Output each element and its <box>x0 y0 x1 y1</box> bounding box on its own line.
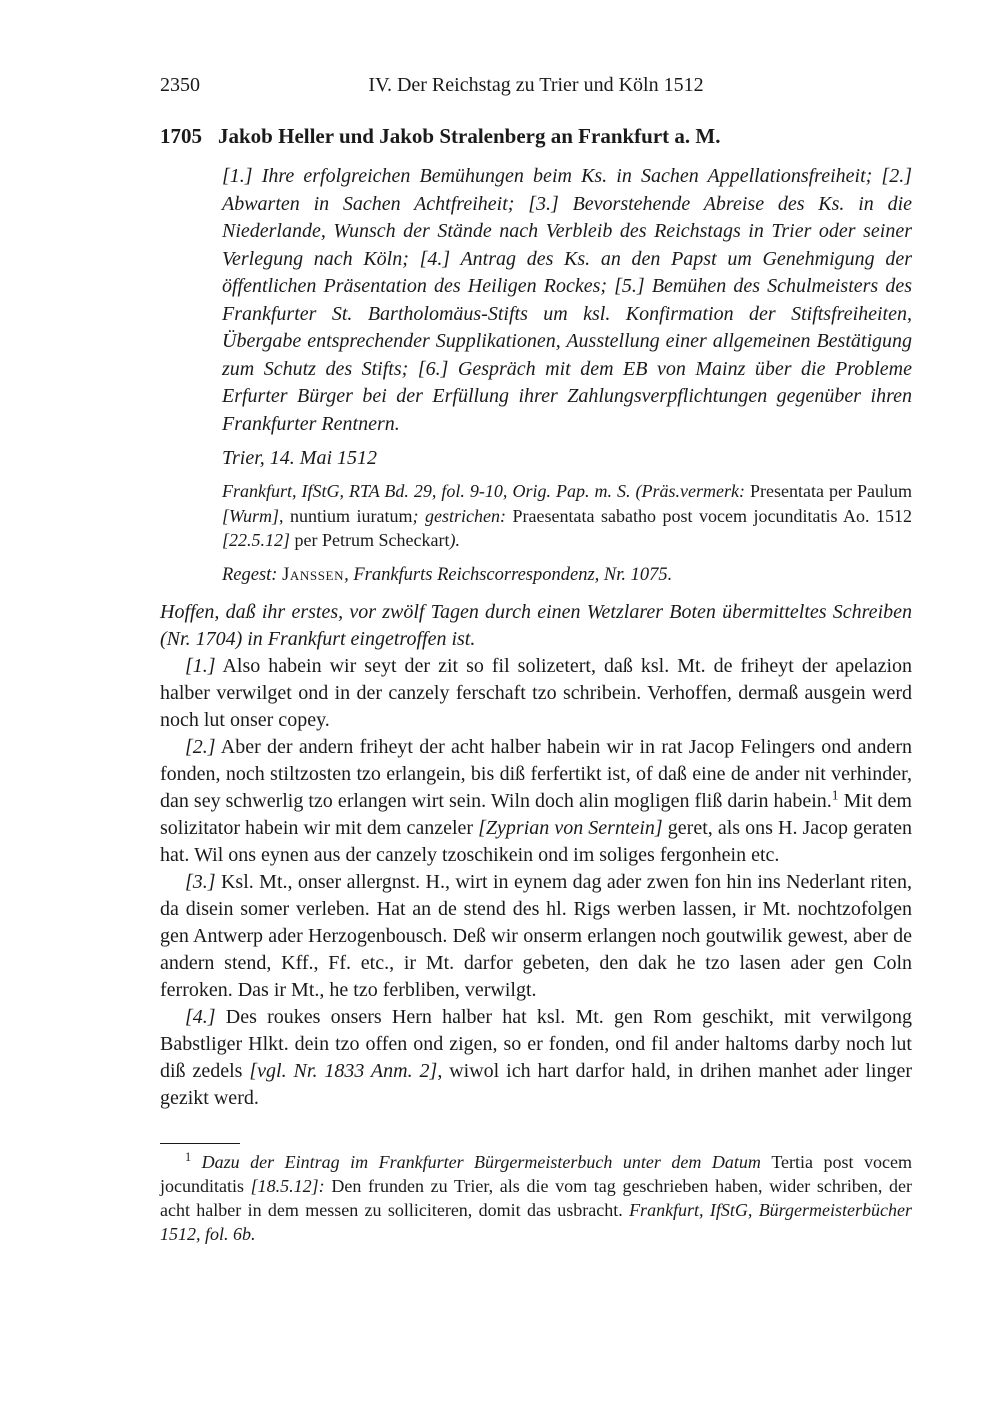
footnote-1: 1 Dazu der Eintrag im Frankfurter Bürger… <box>160 1150 912 1246</box>
body-paragraph-3: [3.] Ksl. Mt., onser allergnst. H., wirt… <box>160 869 912 1004</box>
entry-summary: [1.] Ihre erfolgreichen Bemühungen beim … <box>222 163 912 438</box>
body-paragraph-2: [2.] Aber der andern friheyt der acht ha… <box>160 734 912 869</box>
entry-dateline: Trier, 14. Mai 1512 <box>222 445 912 472</box>
footnote-section: 1 Dazu der Eintrag im Frankfurter Bürger… <box>160 1150 912 1246</box>
footnote-separator-rule <box>160 1143 240 1144</box>
page-number: 2350 <box>160 72 200 98</box>
entry-title: Jakob Heller und Jakob Stralenberg an Fr… <box>218 122 912 150</box>
body-paragraph-1: [1.] Also habein wir seyt der zit so fil… <box>160 653 912 734</box>
entry-regest: Regest: Janssen, Frankfurts Reichscorres… <box>222 563 912 588</box>
body-paragraph-4: [4.] Des roukes onsers Hern halber hat k… <box>160 1004 912 1112</box>
entry-source-note: Frankfurt, IfStG, RTA Bd. 29, fol. 9-10,… <box>222 479 912 553</box>
body-paragraph-intro: Hoffen, daß ihr erstes, vor zwölf Tagen … <box>160 599 912 653</box>
entry-body: Hoffen, daß ihr erstes, vor zwölf Tagen … <box>160 599 912 1112</box>
entry-heading: 1705 Jakob Heller und Jakob Stralenberg … <box>160 122 912 150</box>
entry-number: 1705 <box>160 122 218 150</box>
running-header: IV. Der Reichstag zu Trier und Köln 1512 <box>160 72 912 98</box>
page-header: 2350 IV. Der Reichstag zu Trier und Köln… <box>160 72 912 98</box>
document-page: 2350 IV. Der Reichstag zu Trier und Köln… <box>0 0 1004 1418</box>
